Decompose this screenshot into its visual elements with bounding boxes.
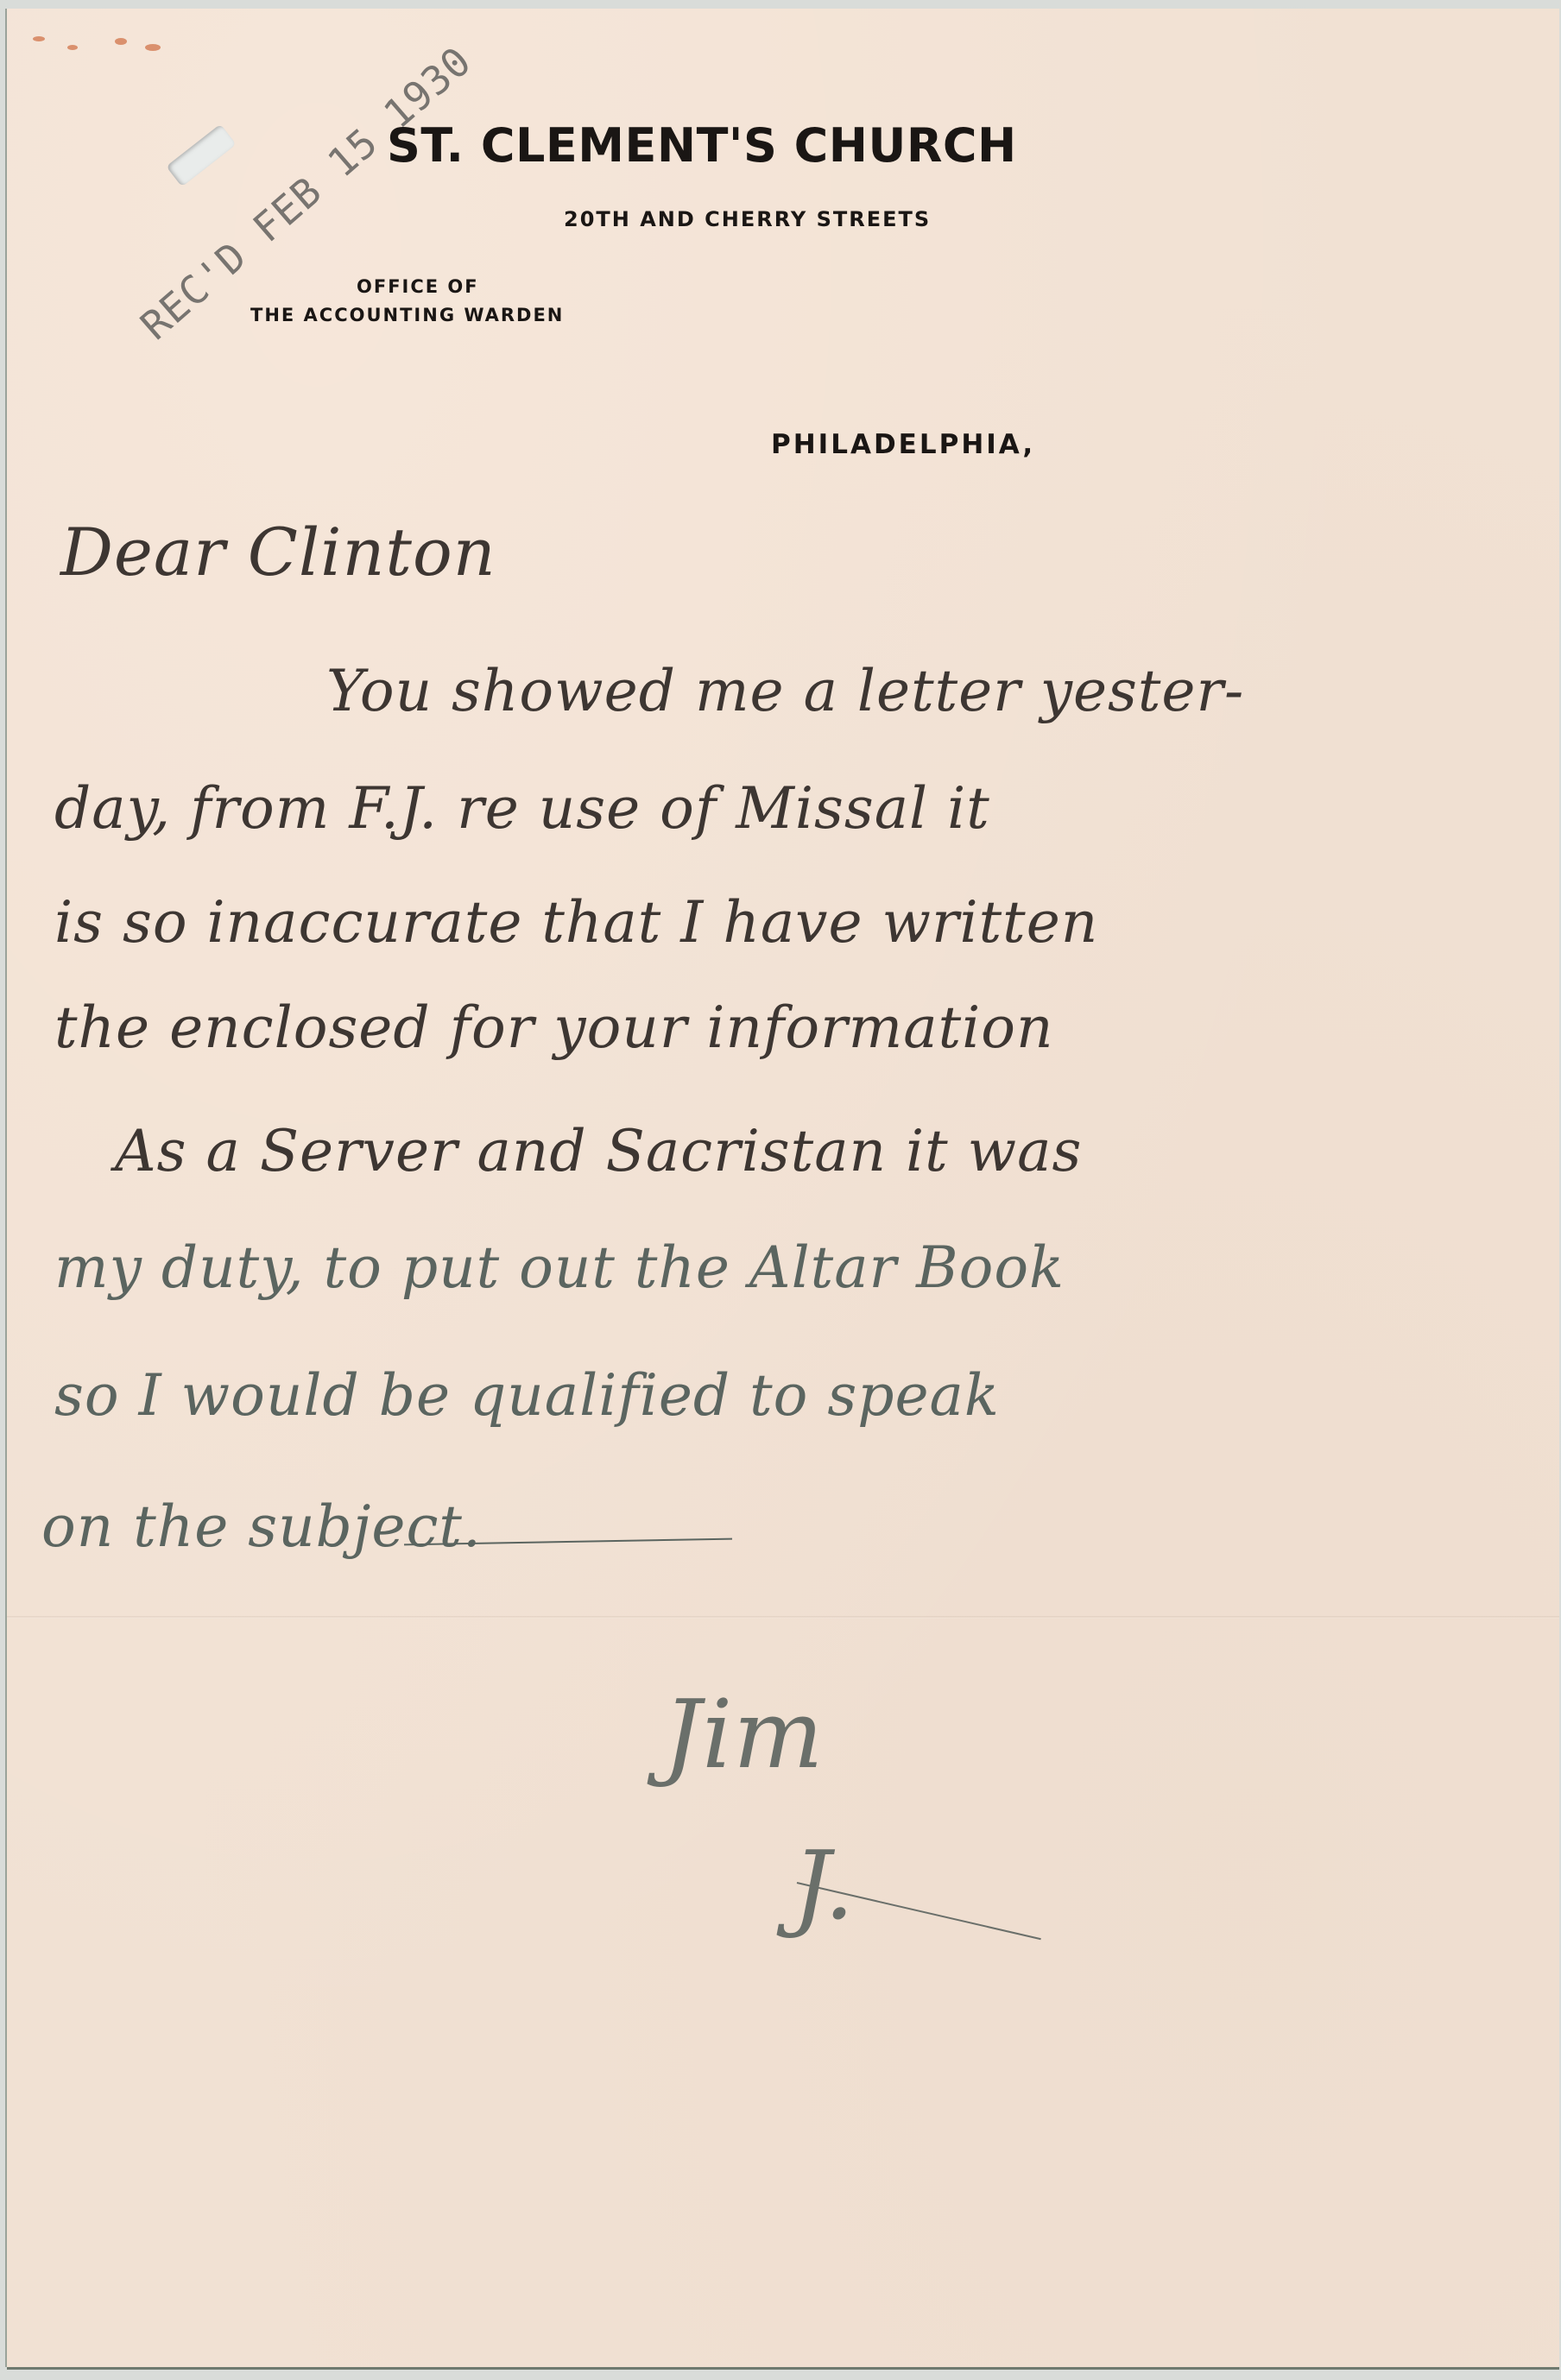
church-address: 20TH AND CHERRY STREETS [564,207,931,231]
staple-hole [166,124,237,187]
body-line: day, from F.J. re use of Missal it [54,775,990,842]
body-line: on the subject. [41,1493,482,1560]
rust-spot [67,45,78,50]
body-line: my duty, to put out the Altar Book [54,1234,1065,1301]
signature-name: Jim [663,1679,825,1790]
salutation: Dear Clinton [60,514,496,590]
body-line: the enclosed for your information [54,994,1053,1061]
body-line: You showed me a letter yester- [326,658,1244,724]
rust-spot [33,36,45,41]
received-date-stamp: REC'D FEB 15 1930 [132,37,481,349]
rust-spot [145,44,161,51]
city-label: PHILADELPHIA, [771,429,1035,460]
signature-initial: J. [793,1830,856,1941]
church-name: ST. CLEMENT'S CHURCH [387,118,1017,173]
body-line: As a Server and Sacristan it was [115,1118,1082,1184]
body-line: is so inaccurate that I have written [54,889,1098,956]
office-label: OFFICE OF [357,276,479,297]
letter-page: ST. CLEMENT'S CHURCH 20TH AND CHERRY STR… [7,9,1559,2367]
body-line: so I would be qualified to speak [54,1362,1000,1429]
fold-crease [7,1616,1559,1619]
office-title: THE ACCOUNTING WARDEN [250,305,564,325]
rust-spot [115,38,127,45]
